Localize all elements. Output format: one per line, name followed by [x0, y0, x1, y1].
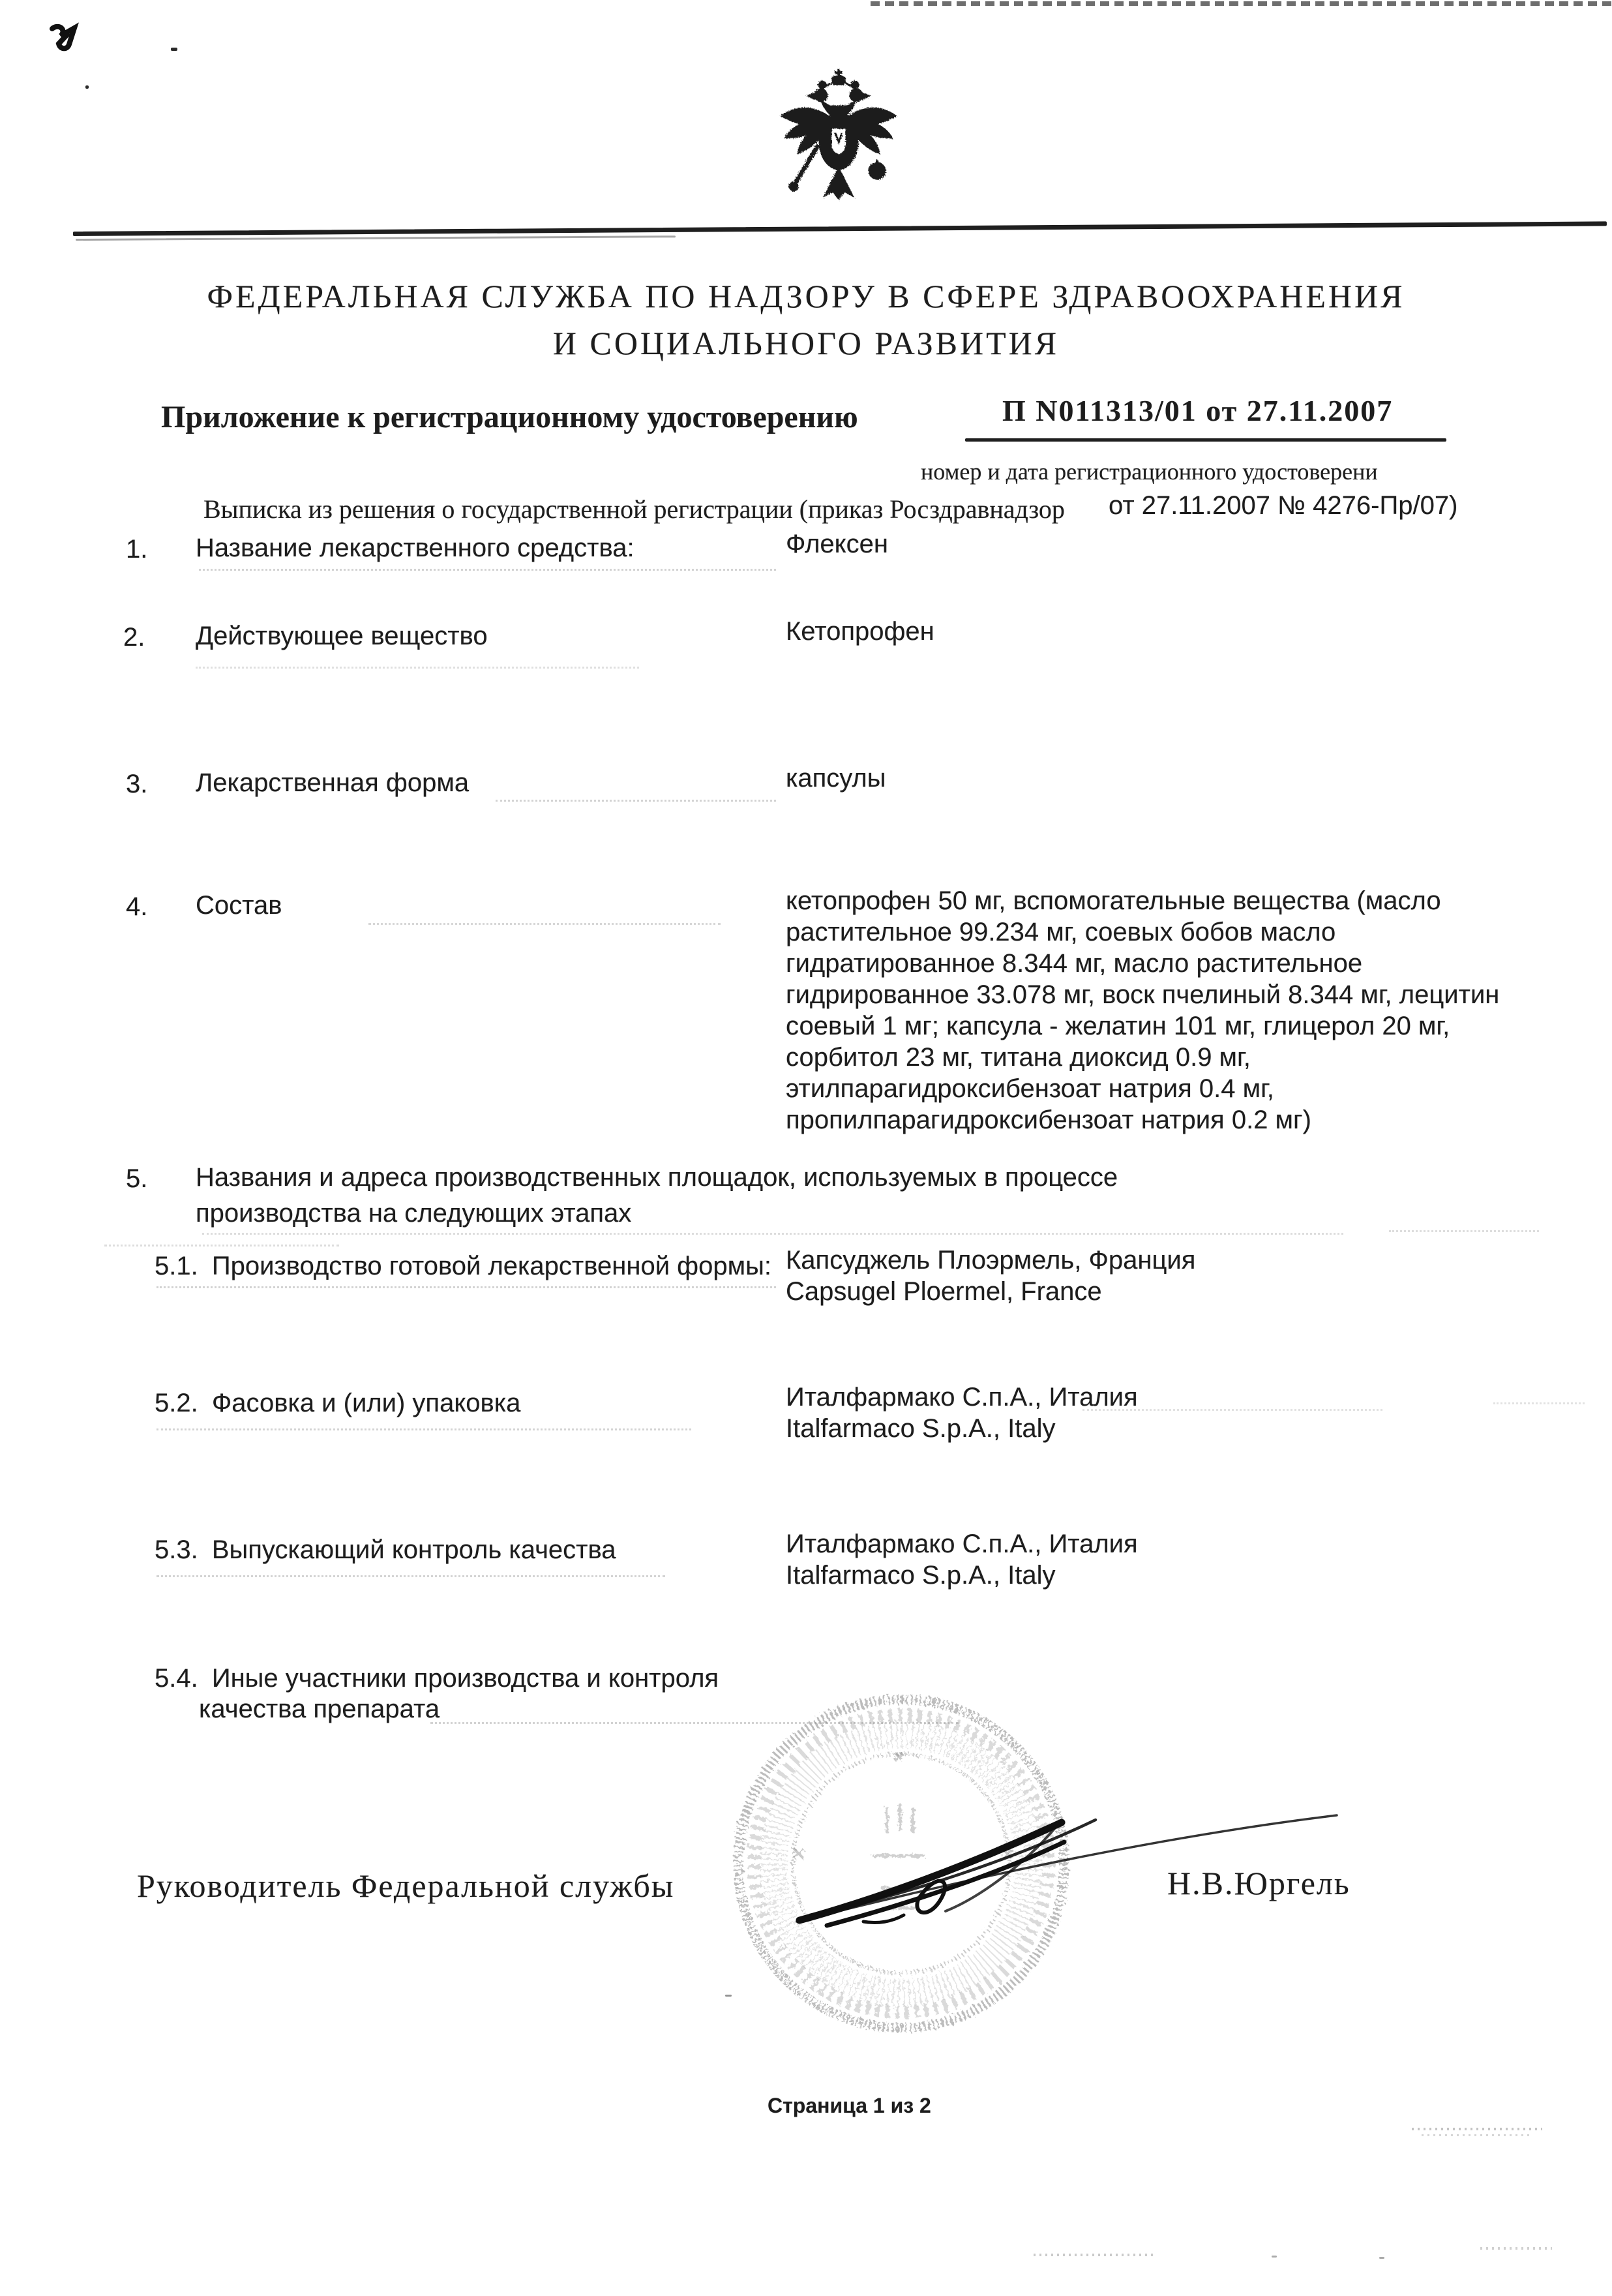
item-value-composition-line: соевый 1 мг; капсула - желатин 101 мг, г… — [786, 1010, 1450, 1042]
agency-title-line1: ФЕДЕРАЛЬНАЯ СЛУЖБА ПО НАДЗОРУ В СФЕРЕ ЗД… — [0, 277, 1612, 315]
attachment-label: Приложение к регистрационному удостовере… — [161, 399, 858, 435]
certificate-number: П N011313/01 от 27.11.2007 — [1002, 393, 1393, 428]
header-divider-echo — [76, 235, 676, 241]
item-number: 3. — [126, 770, 147, 799]
certificate-number-caption: номер и дата регистрационного удостовере… — [921, 458, 1378, 485]
scan-speck — [171, 48, 177, 51]
dotted-fill-line — [496, 800, 776, 802]
signatory-title: Руководитель Федеральной службы — [137, 1867, 674, 1905]
page-indicator: Страница 1 из 2 — [768, 2094, 931, 2118]
item-value-dosage-form: капсулы — [786, 763, 886, 794]
subitem-finished-form: 5.1. Производство готовой лекарственной … — [155, 1251, 771, 1281]
subitem-label: Фасовка и (или) упаковка — [212, 1389, 521, 1417]
dotted-fill-line — [1493, 1402, 1585, 1404]
extract-order-number: от 27.11.2007 № 4276-Пр/07) — [1109, 491, 1457, 521]
signatory-name: Н.В.Юргель — [1167, 1864, 1351, 1902]
subitem-label: Иные участники производства и контроля — [212, 1664, 719, 1693]
certificate-number-underline — [965, 438, 1446, 442]
dotted-fill-line — [157, 1286, 776, 1288]
subitem-packaging: 5.2. Фасовка и (или) упаковка — [155, 1388, 520, 1418]
scan-speck — [85, 85, 89, 89]
item-number: 2. — [123, 623, 145, 652]
item-value-active-substance: Кетопрофен — [786, 616, 934, 647]
dotted-fill-line — [1082, 1409, 1382, 1411]
item-value-composition-line: сорбитол 23 мг, титана диоксид 0.9 мг, — [786, 1042, 1251, 1073]
item-label-drug-name: Название лекарственного средства: — [196, 533, 634, 563]
subitem-label: Производство готовой лекарственной формы… — [212, 1252, 771, 1280]
item-label-dosage-form: Лекарственная форма — [196, 768, 469, 798]
subitem-number: 5.4. — [155, 1664, 198, 1693]
scan-speck — [1272, 2256, 1277, 2258]
subitem-value-line: Italfarmaco S.p.A., Italy — [786, 1560, 1056, 1591]
dotted-fill-line — [157, 1575, 665, 1577]
dotted-fill-line — [1389, 1230, 1539, 1232]
subitem-number: 5.2. — [155, 1389, 198, 1417]
item-value-composition-line: кетопрофен 50 мг, вспомогательные вещест… — [786, 885, 1441, 916]
scan-artifact-noise — [1412, 2128, 1542, 2130]
dotted-fill-line — [157, 1428, 691, 1430]
handwritten-mark-icon — [40, 20, 86, 60]
item-number: 1. — [126, 535, 147, 564]
subitem-value-line: Италфармако С.п.А., Италия — [786, 1528, 1138, 1560]
item-number: 5. — [126, 1164, 147, 1194]
item-value-drug-name: Флексен — [786, 528, 888, 560]
subitem-value-line: Capsugel Ploermel, France — [786, 1276, 1102, 1307]
subitem-other-participants-line1: 5.4. Иные участники производства и контр… — [155, 1663, 719, 1693]
subitem-value-line: Италфармако С.п.А., Италия — [786, 1382, 1138, 1413]
scan-speck — [1379, 2257, 1384, 2259]
item-number: 4. — [126, 892, 147, 922]
coat-of-arms-icon — [778, 68, 899, 206]
scan-artifact-top-edge — [871, 1, 1612, 6]
item-value-composition-line: этилпарагидроксибензоат натрия 0.4 мг, — [786, 1073, 1274, 1104]
dotted-fill-line — [104, 1245, 339, 1246]
dotted-fill-line — [196, 667, 639, 669]
subitem-number: 5.1. — [155, 1252, 198, 1280]
header-divider — [73, 221, 1607, 236]
subitem-value-line: Капсуджель Плоэрмель, Франция — [786, 1245, 1195, 1276]
item-label-composition: Состав — [196, 890, 282, 920]
item-value-composition-line: гидрированное 33.078 мг, воск пчелиный 8… — [786, 979, 1499, 1010]
scanned-document-page: ФЕДЕРАЛЬНАЯ СЛУЖБА ПО НАДЗОРУ В СФЕРЕ ЗД… — [0, 0, 1612, 2296]
item-label-manufacturing-sites-line1: Названия и адреса производственных площа… — [196, 1162, 1118, 1192]
scan-artifact-noise — [1422, 2134, 1532, 2136]
item-value-composition-line: пропилпарагидроксибензоат натрия 0.2 мг) — [786, 1104, 1311, 1136]
agency-title-line2: И СОЦИАЛЬНОГО РАЗВИТИЯ — [0, 324, 1612, 362]
subitem-quality-control: 5.3. Выпускающий контроль качества — [155, 1535, 616, 1565]
subitem-value-line: Italfarmaco S.p.A., Italy — [786, 1413, 1056, 1444]
subitem-other-participants-line2: качества препарата — [199, 1694, 440, 1724]
dotted-fill-line — [202, 1233, 1343, 1235]
item-label-active-substance: Действующее вещество — [196, 621, 488, 651]
subitem-number: 5.3. — [155, 1535, 198, 1564]
dotted-fill-line — [199, 569, 776, 571]
item-value-composition-line: растительное 99.234 мг, соевых бобов мас… — [786, 916, 1336, 948]
scan-artifact-noise — [1480, 2247, 1552, 2250]
subitem-label: Выпускающий контроль качества — [212, 1535, 616, 1564]
scan-artifact-noise — [1034, 2254, 1154, 2256]
scan-speck — [725, 1995, 732, 1997]
item-value-composition-line: гидратированное 8.344 мг, масло растител… — [786, 948, 1362, 979]
item-label-manufacturing-sites-line2: производства на следующих этапах — [196, 1198, 631, 1228]
dotted-fill-line — [368, 923, 721, 925]
extract-text: Выписка из решения о государственной рег… — [203, 494, 1065, 524]
